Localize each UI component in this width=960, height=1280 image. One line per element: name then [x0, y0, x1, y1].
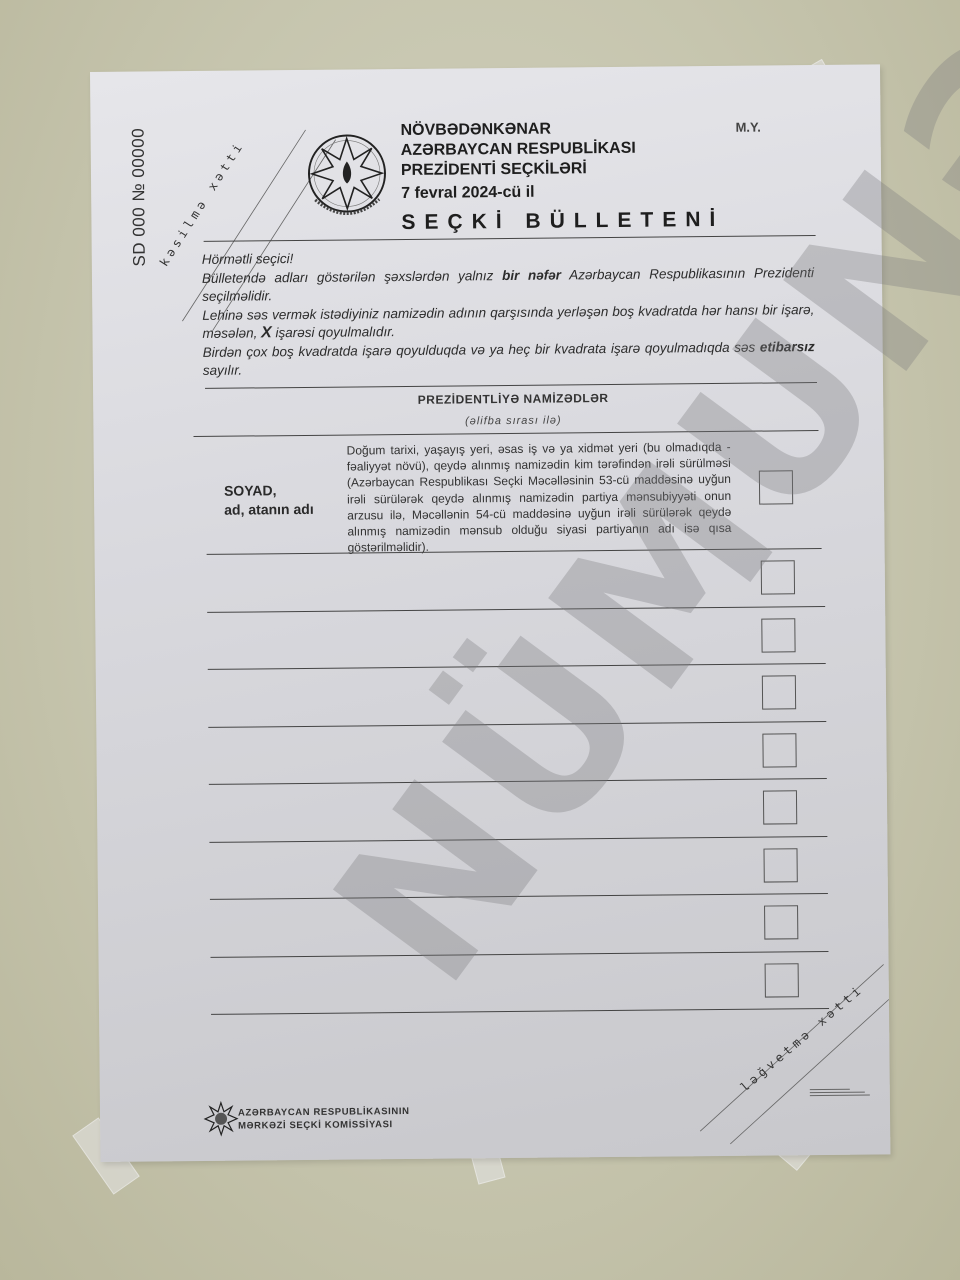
vote-checkbox[interactable]	[762, 675, 796, 709]
stamp-place-label: M.Y.	[735, 120, 760, 135]
printer-imprint	[810, 1087, 870, 1099]
row-divider	[208, 720, 826, 727]
election-date: 7 fevral 2024-cü il	[401, 184, 535, 203]
instruction-3: Birdən çox boş kvadratda işarə qoyulduqd…	[203, 338, 815, 381]
election-title-line3: PREZİDENTİ SEÇKİLƏRİ	[401, 159, 636, 181]
vote-checkbox[interactable]	[764, 905, 798, 939]
election-title: NÖVBƏDƏNKƏNAR AZƏRBAYCAN RESPUBLİKASI PR…	[400, 119, 636, 181]
vote-checkbox[interactable]	[763, 848, 797, 882]
ballot-title: SEÇKİ BÜLLETENİ	[401, 208, 724, 235]
election-commission-name: AZƏRBAYCAN RESPUBLİKASININ MƏRKƏZİ SEÇKİ…	[238, 1105, 410, 1133]
election-commission-logo-icon	[203, 1101, 239, 1137]
vote-checkbox[interactable]	[763, 790, 797, 824]
row-divider	[210, 893, 828, 900]
divider	[193, 430, 818, 437]
candidate-name-template: SOYAD, ad, atanın adı	[224, 481, 314, 520]
vote-checkbox[interactable]	[761, 618, 795, 652]
row-divider	[209, 835, 827, 842]
ballot-paper: SD 000 № 00000 kəsilmə xətti NÖVBƏDƏNKƏN…	[90, 64, 890, 1162]
state-emblem-icon	[303, 129, 392, 230]
empty-candidate-rows	[90, 64, 880, 72]
vote-checkbox[interactable]	[761, 560, 795, 594]
row-divider	[207, 605, 825, 612]
instruction-2: Lehinə səs vermək istədiyiniz namizədin …	[202, 301, 814, 344]
vote-checkbox[interactable]	[759, 470, 793, 504]
row-divider	[208, 663, 826, 670]
instruction-1: Bülletendə adları göstərilən şəxslərdən …	[202, 264, 814, 307]
divider	[205, 382, 817, 389]
row-divider	[209, 778, 827, 785]
voter-instructions: Hörmətli seçici! Bülletendə adları göstə…	[202, 245, 815, 380]
vote-checkbox[interactable]	[762, 733, 796, 767]
election-title-line1: NÖVBƏDƏNKƏNAR	[400, 119, 635, 141]
candidates-heading: PREZİDENTLİYƏ NAMİZƏDLƏR	[193, 389, 833, 409]
election-title-line2: AZƏRBAYCAN RESPUBLİKASI	[401, 139, 636, 161]
candidate-description-template: Doğum tarixi, yaşayış yeri, əsas iş və y…	[347, 439, 732, 556]
candidates-subheading: (əlifba sırası ilə)	[193, 412, 833, 430]
